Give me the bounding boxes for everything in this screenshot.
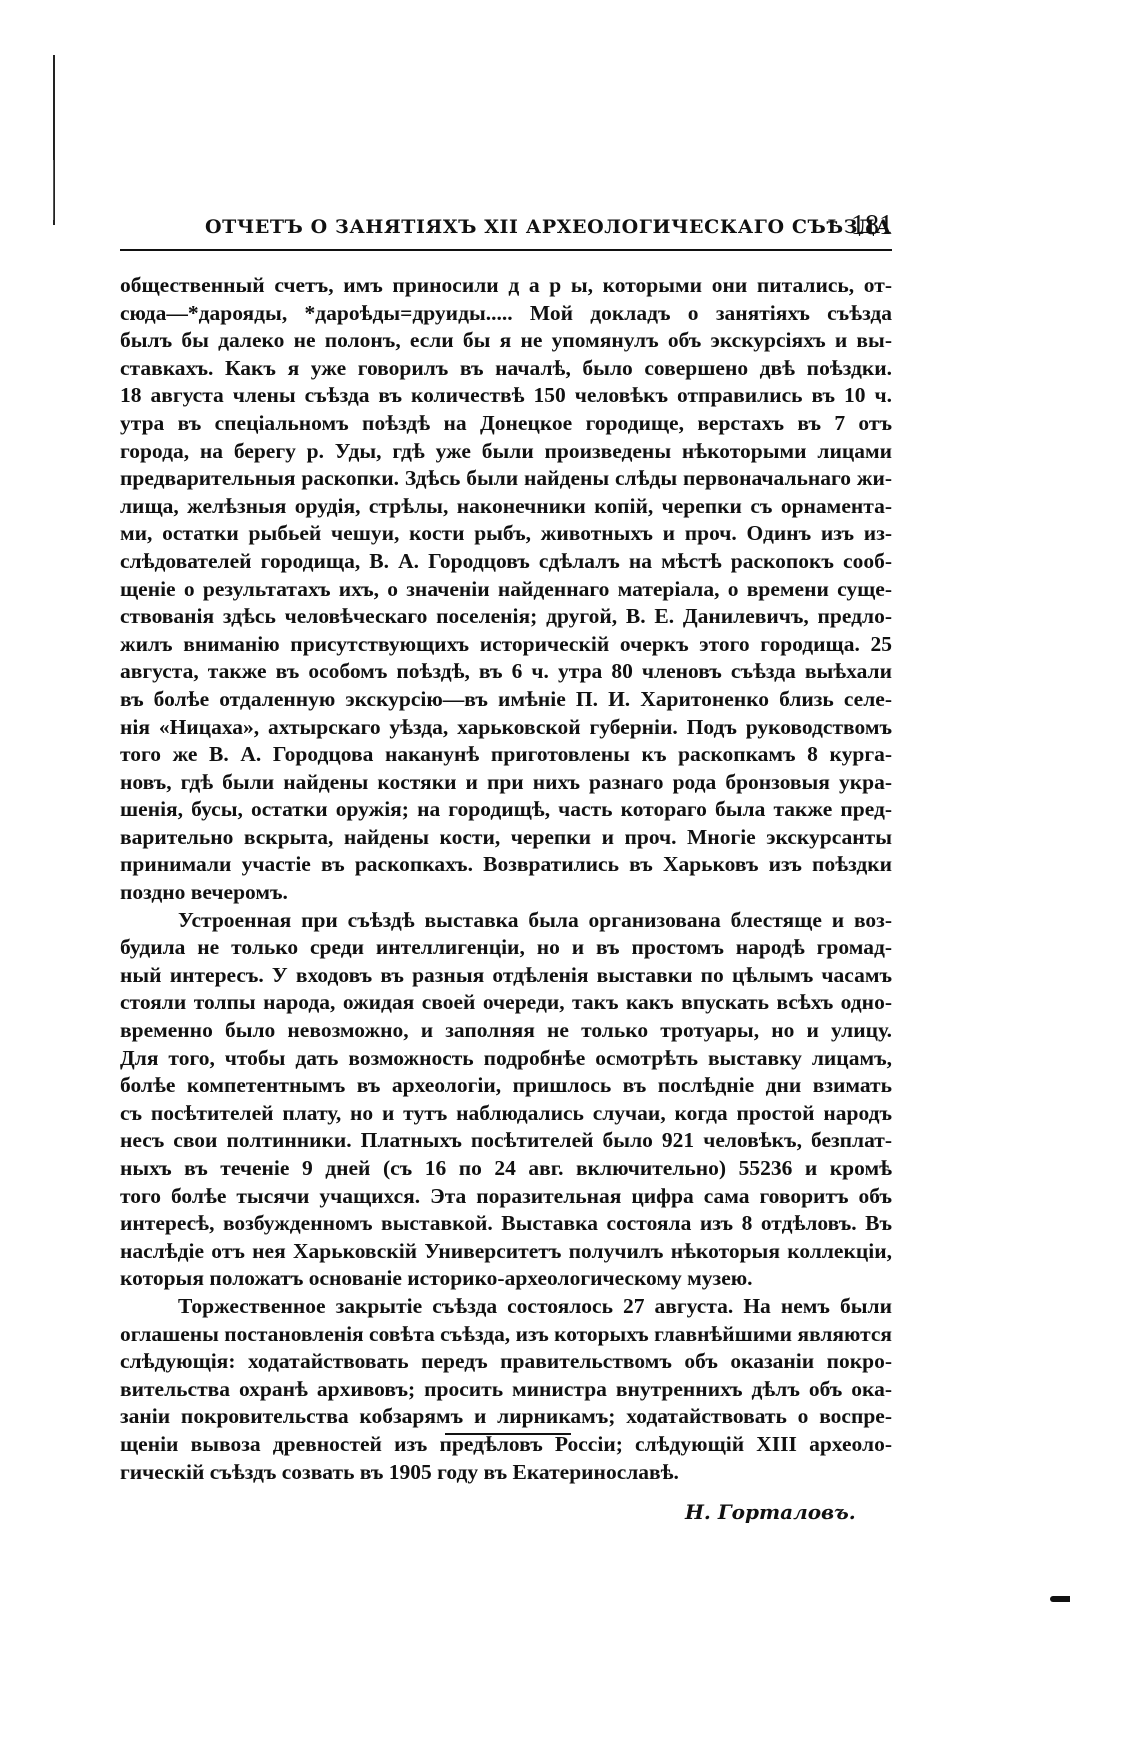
text-line: августа, также въ особомъ поѣздѣ, въ 6 ч… <box>120 658 892 686</box>
text-line: наслѣдіе отъ нея Харьковскій Университет… <box>120 1238 892 1266</box>
text-line: того же В. А. Городцова наканунѣ пригото… <box>120 741 892 769</box>
text-line: щеніе о результатахъ ихъ, о значеніи най… <box>120 576 892 604</box>
text-line: новъ, гдѣ были найдены костяки и при них… <box>120 769 892 797</box>
text-line: слѣдователей городища, В. А. Городцовъ с… <box>120 548 892 576</box>
text-line: Устроенная при съѣздѣ выставка была орга… <box>120 907 892 935</box>
text-line: утра въ спеціальномъ поѣздѣ на Донецкое … <box>120 410 892 438</box>
text-line: болѣе компетентнымъ въ археологіи, пришл… <box>120 1072 892 1100</box>
text-line: того болѣе тысячи учащихся. Эта поразите… <box>120 1183 892 1211</box>
text-line: былъ бы далеко не полонъ, если бы я не у… <box>120 327 892 355</box>
text-line: временно было невозможно, и заполняя не … <box>120 1017 892 1045</box>
text-line: ми, остатки рыбьей чешуи, кости рыбъ, жи… <box>120 520 892 548</box>
text-line: общественный счетъ, имъ приносили д а р … <box>120 272 892 300</box>
scan-corner-mark <box>1050 1596 1070 1602</box>
scan-margin-dash <box>53 160 54 220</box>
text-line: оглашены постановленія совѣта съѣзда, из… <box>120 1321 892 1349</box>
text-line: ставкахъ. Какъ я уже говорилъ въ началѣ,… <box>120 355 892 383</box>
text-line: города, на берегу р. Уды, гдѣ уже были п… <box>120 438 892 466</box>
running-header-title: ОТЧЕТЪ О ЗАНЯТІЯХЪ XII АРХЕОЛОГИЧЕСКАГО … <box>205 216 892 238</box>
text-line: которыя положатъ основаніе историко-архе… <box>120 1265 892 1293</box>
running-header: ОТЧЕТЪ О ЗАНЯТІЯХЪ XII АРХЕОЛОГИЧЕСКАГО … <box>205 210 895 244</box>
text-line: интересѣ, возбужденномъ выставкой. Выста… <box>120 1210 892 1238</box>
text-line: съ посѣтителей плату, но и тутъ наблюдал… <box>120 1100 892 1128</box>
text-line: гическій съѣздъ созвать въ 1905 году въ … <box>120 1459 892 1487</box>
text-line: принимали участіе въ раскопкахъ. Возврат… <box>120 851 892 879</box>
text-line: заніи покровительства кобзарямъ и лирник… <box>120 1403 892 1431</box>
text-line: въ болѣе отдаленную экскурсію—въ имѣніе … <box>120 686 892 714</box>
author-signature: Н. Горталовъ. <box>685 1500 856 1524</box>
text-line: ствованія здѣсь человѣческаго поселенія;… <box>120 603 892 631</box>
text-line: варительно вскрыта, найдены кости, череп… <box>120 824 892 852</box>
page-number: 181 <box>851 210 893 242</box>
text-line: слѣдующія: ходатайствовать передъ правит… <box>120 1348 892 1376</box>
paragraph-exhibition: Устроенная при съѣздѣ выставка была орга… <box>120 907 892 1293</box>
text-line: ный интересъ. У входовъ въ разныя отдѣле… <box>120 962 892 990</box>
body-text: общественный счетъ, имъ приносили д а р … <box>120 272 892 1486</box>
text-line: сюда—*дарояды, *дароѣды=друиды..... Мой … <box>120 300 892 328</box>
text-line: стояли толпы народа, ожидая своей очеред… <box>120 989 892 1017</box>
text-line: жилъ вниманію присутствующихъ историческ… <box>120 631 892 659</box>
text-line: ныхъ въ теченіе 9 дней (съ 16 по 24 авг.… <box>120 1155 892 1183</box>
text-line: нія «Ницаха», ахтырскаго уѣзда, харьковс… <box>120 714 892 742</box>
text-line: вительства охранѣ архивовъ; просить мини… <box>120 1376 892 1404</box>
text-line: Торжественное закрытіе съѣзда состоялось… <box>120 1293 892 1321</box>
text-line: шенія, бусы, остатки оружія; на городищѣ… <box>120 796 892 824</box>
text-line: будила не только среди интеллигенціи, но… <box>120 934 892 962</box>
paragraph-closing: Торжественное закрытіе съѣзда состоялось… <box>120 1293 892 1486</box>
text-line: поздно вечеромъ. <box>120 879 892 907</box>
paragraph-excursions: общественный счетъ, имъ приносили д а р … <box>120 272 892 907</box>
header-rule <box>120 249 892 251</box>
text-line: щеніи вывоза древностей изъ предѣловъ Ро… <box>120 1431 892 1459</box>
text-line: предварительныя раскопки. Здѣсь были най… <box>120 465 892 493</box>
text-line: 18 августа члены съѣзда въ количествѣ 15… <box>120 382 892 410</box>
text-line: лища, желѣзныя орудія, стрѣлы, наконечни… <box>120 493 892 521</box>
section-separator <box>445 1433 571 1435</box>
text-line: несъ свои полтинники. Платныхъ посѣтител… <box>120 1127 892 1155</box>
text-line: Для того, чтобы дать возможность подробн… <box>120 1045 892 1073</box>
